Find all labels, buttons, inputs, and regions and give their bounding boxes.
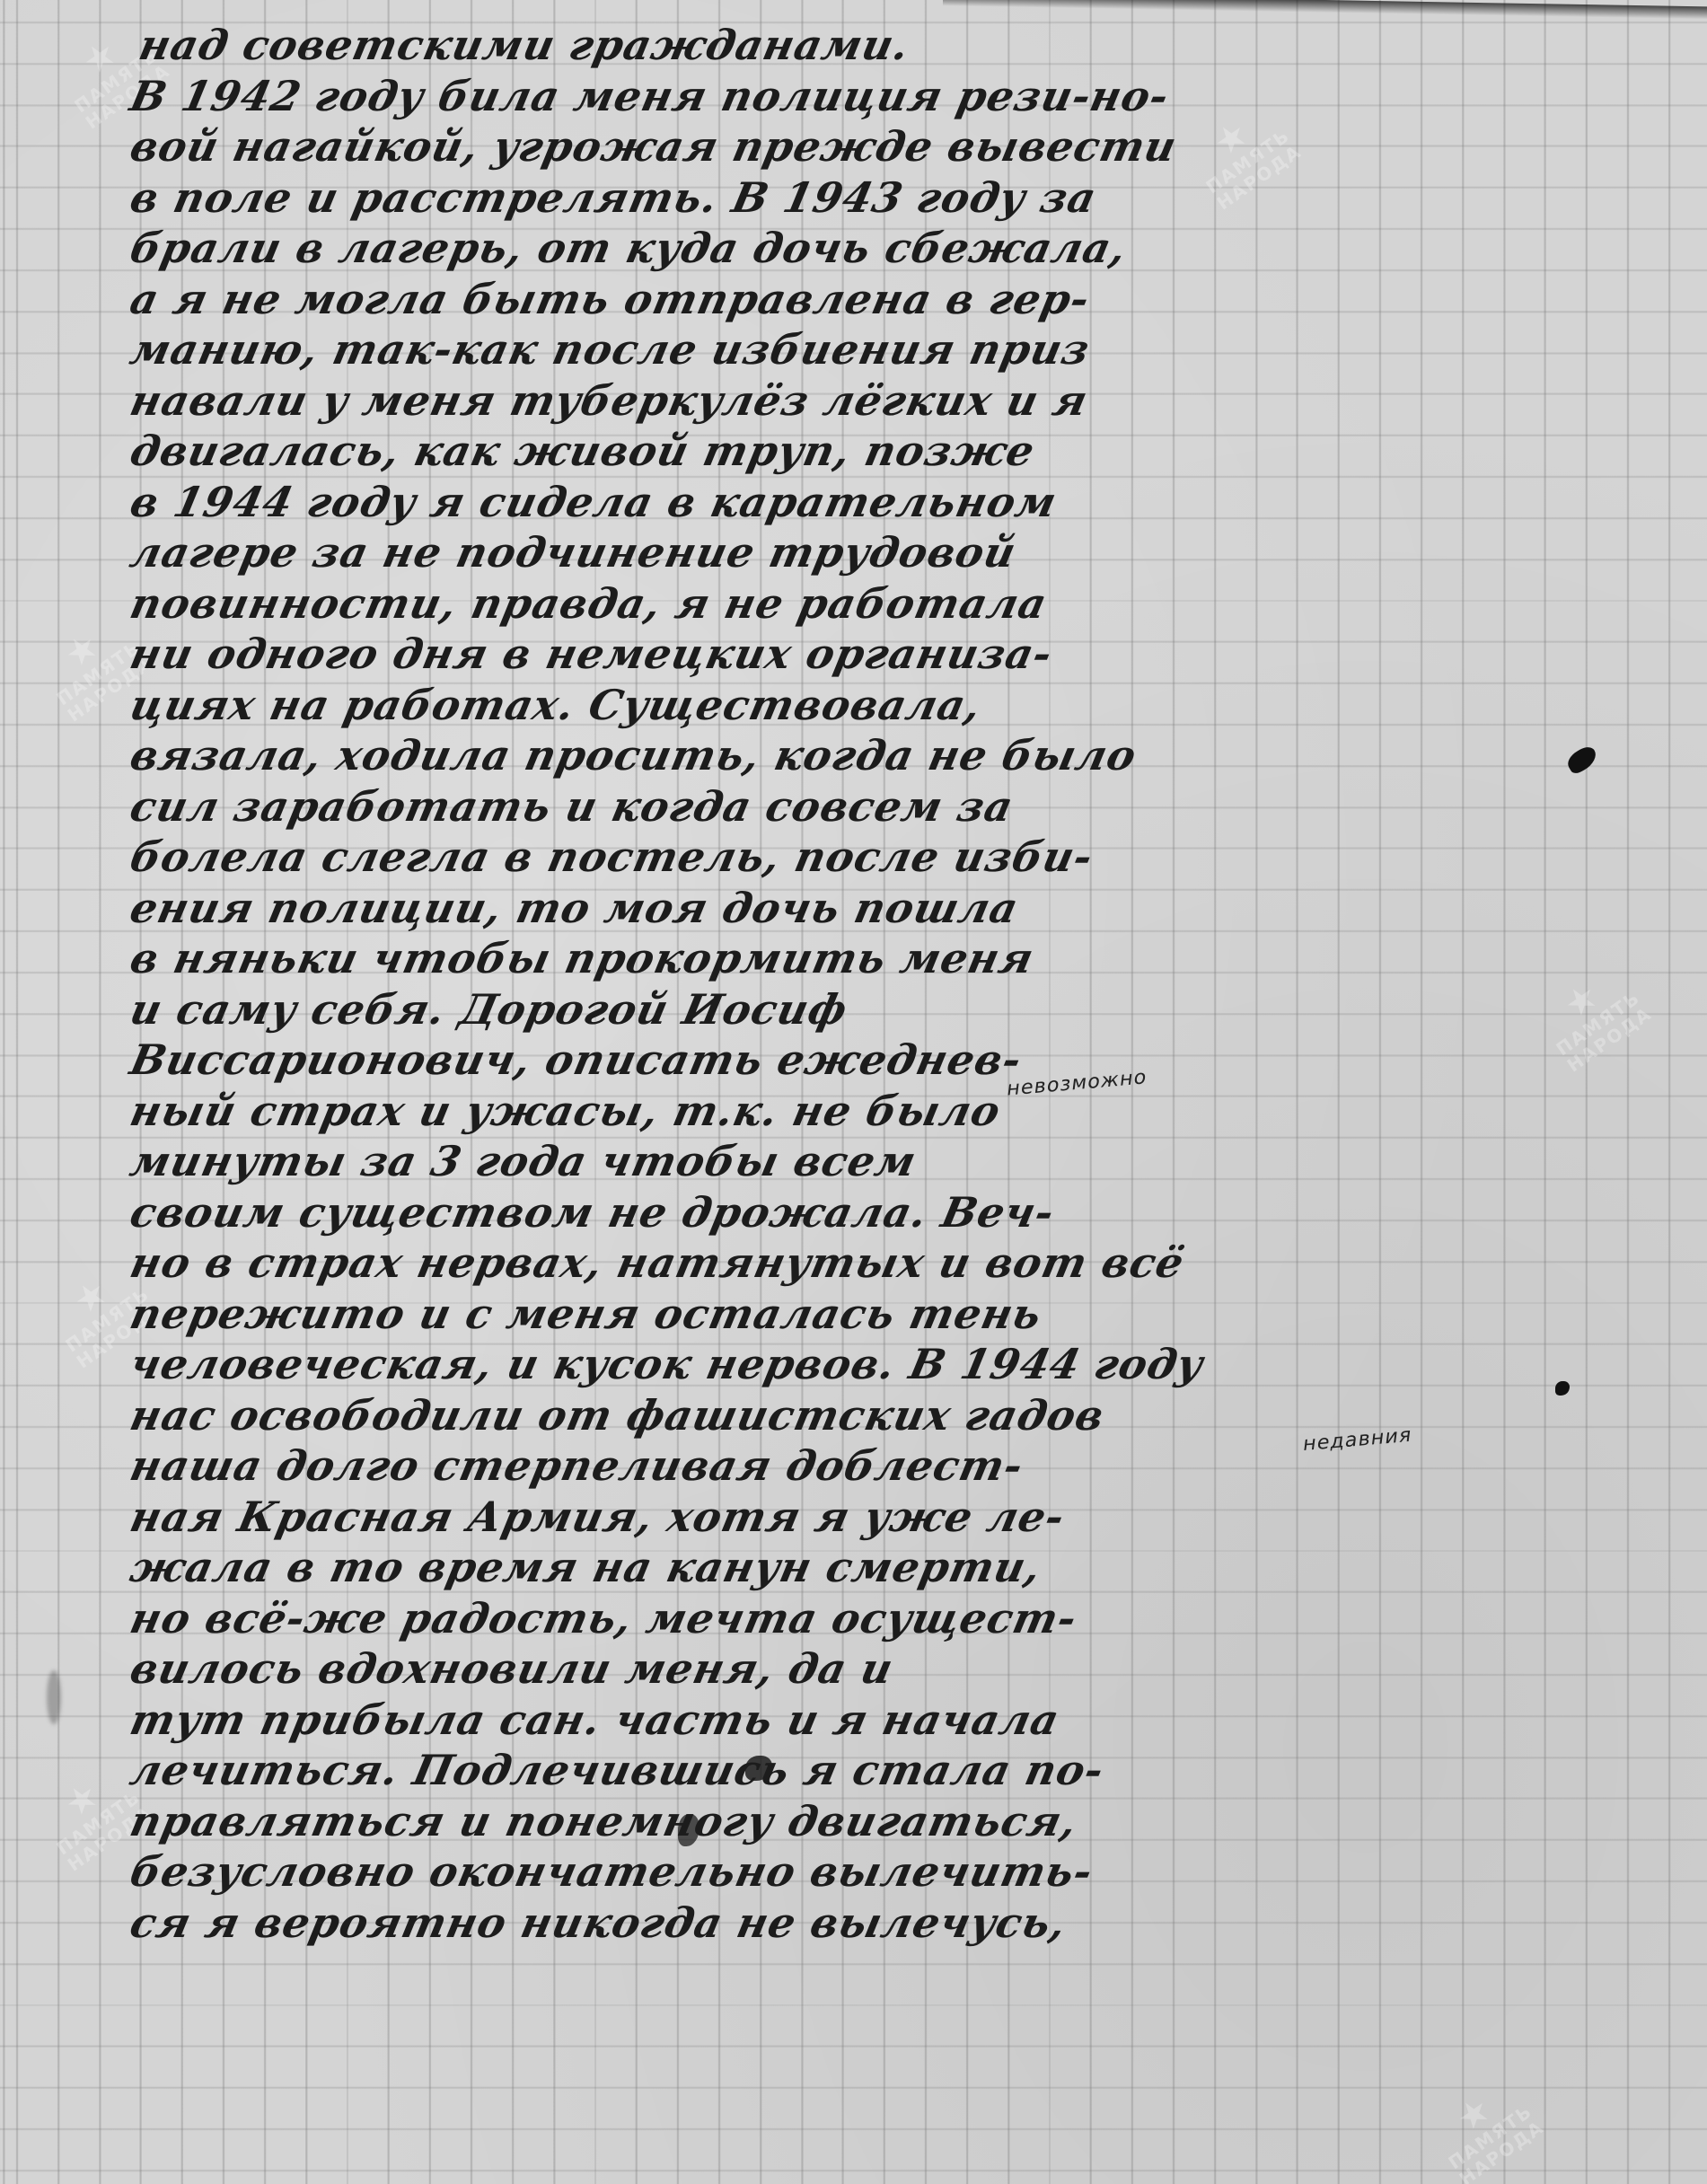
text-line: двигалась, как живой труп, позже <box>126 426 1663 477</box>
text-line: болела слегла в постель, после изби- <box>126 832 1663 883</box>
text-line: тут прибыла сан. часть и я начала <box>126 1695 1663 1746</box>
text-line: лагере за не подчинение трудовой <box>126 527 1663 578</box>
text-line: ный страх и ужасы, т.к. не было невозмож… <box>126 1086 1663 1137</box>
letter-page: ★ ПАМЯТЬ НАРОДА ★ ПАМЯТЬ НАРОДА ★ ПАМЯТЬ… <box>0 0 1707 2184</box>
text-line: брали в лагерь, от куда дочь сбежала, <box>126 223 1663 274</box>
page-edge-shadow <box>943 0 1707 19</box>
text-line: ся я вероятно никогда не вылечусь, <box>126 1898 1663 1949</box>
text-line: ения полиции, то моя дочь пошла <box>126 883 1663 934</box>
text-line: но в страх нервах, натянутых и вот всё <box>126 1237 1663 1289</box>
text-line: вилось вдохновили меня, да и <box>126 1643 1663 1695</box>
text-line: сил заработать и когда совсем за <box>126 781 1663 832</box>
letter-body: над советскими гражданами. В 1942 году б… <box>126 20 1652 1948</box>
text-line: Виссарионович, описать ежеднев- <box>126 1035 1663 1086</box>
text-line: манию, так-как после избиения приз <box>126 324 1663 375</box>
text-line: ни одного дня в немецких организа- <box>126 629 1663 680</box>
text-line: вой нагайкой, угрожая прежде вывести <box>126 121 1663 172</box>
text-line: а я не могла быть отправлена в гер- <box>126 274 1663 325</box>
watermark: ★ ПАМЯТЬ НАРОДА <box>1424 2071 1548 2184</box>
text-line: циях на работах. Существовала, <box>126 680 1663 731</box>
margin-smudge <box>47 1670 61 1724</box>
text-line: нас освободили от фашистских гадов <box>126 1390 1663 1441</box>
text-line: над советскими гражданами. <box>135 20 1663 71</box>
text-line: лечиться. Подлечившись я стала по- <box>126 1745 1663 1796</box>
text-line: в поле и расстрелять. В 1943 году за <box>126 172 1663 224</box>
text-line: но всё-же радость, мечта осущест- <box>126 1593 1663 1644</box>
text-line: пережито и с меня осталась тень <box>126 1289 1663 1340</box>
text-line: человеческая, и кусок нервов. В 1944 год… <box>126 1339 1663 1390</box>
text-line: вязала, ходила просить, когда не было <box>126 730 1663 781</box>
text-line: и саму себя. Дорогой Иосиф <box>126 984 1663 1035</box>
text-line: В 1942 году била меня полиция рези-но- <box>126 71 1663 122</box>
text-line: наша долго стерпеливая доблест- недавния <box>126 1440 1663 1492</box>
text-line: ная Красная Армия, хотя я уже ле- <box>126 1492 1663 1543</box>
text-line: своим существом не дрожала. Веч- <box>126 1187 1663 1238</box>
text-line: безусловно окончательно вылечить- <box>126 1846 1663 1898</box>
text-line: повинности, правда, я не работала <box>126 578 1663 630</box>
text-line: жала в то время на канун смерти, <box>126 1542 1663 1593</box>
text-line: в 1944 году я сидела в карательном <box>126 477 1663 528</box>
handwritten-insertion: недавния <box>1300 1411 1415 1471</box>
text-line: правляться и понемногу двигаться, <box>126 1796 1663 1847</box>
text-line: минуты за 3 года чтобы всем <box>126 1136 1663 1187</box>
text-line: в няньки чтобы прокормить меня <box>126 933 1663 984</box>
text-line: навали у меня туберкулёз лёгких и я <box>126 375 1663 427</box>
